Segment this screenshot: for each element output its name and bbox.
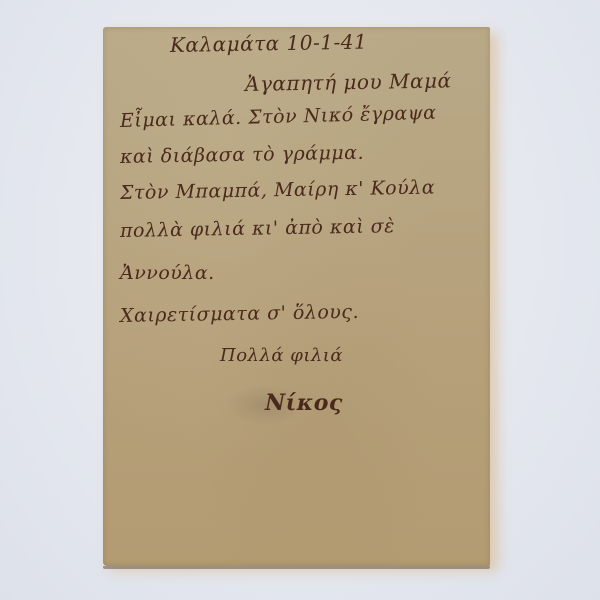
body-line-2: καὶ διάβασα τὸ γράμμα.: [120, 142, 364, 168]
closing: Πολλά φιλιά: [220, 345, 343, 366]
greeting: Ἀγαπητή μου Μαμά: [245, 68, 452, 96]
body-line-5: Ἀννούλα.: [120, 262, 215, 284]
signature: Νίκος: [265, 390, 343, 416]
date-line: Καλαμάτα 10-1-41: [170, 30, 368, 57]
body-line-6: Χαιρετίσματα σ' ὅλους.: [120, 301, 359, 327]
